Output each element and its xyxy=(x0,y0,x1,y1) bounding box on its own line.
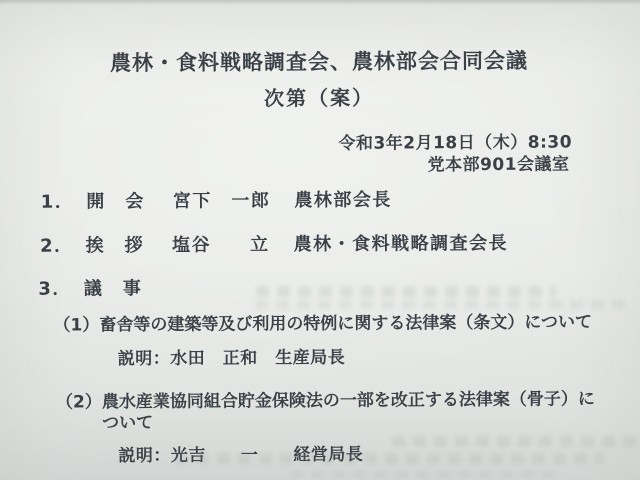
bleed-through-ghost xyxy=(392,436,637,447)
agenda-subitem-2-text: 農水産業協同組合貯金保険法の一部を改正する法律案（骨子）に xyxy=(102,389,595,412)
agenda-item-2-number: 2． xyxy=(40,232,74,258)
agenda-subitem-2-number: （2） xyxy=(56,392,102,412)
agenda-item-2-label: 挨 拶 xyxy=(85,235,144,256)
agenda-item-1: 1．開 会宮下 一郎農林部会長 xyxy=(41,186,392,214)
document-photo: 農林・食料戦略調査会、農林部会合同会議 次第（案） 令和3年2月18日（木）8:… xyxy=(0,0,640,480)
bleed-through-ghost xyxy=(255,300,630,309)
agenda-document: 農林・食料戦略調査会、農林部会合同会議 次第（案） 令和3年2月18日（木）8:… xyxy=(0,0,640,480)
agenda-item-2-speaker: 塩谷 立 xyxy=(172,234,270,256)
document-subtitle: 次第（案） xyxy=(0,80,639,113)
agenda-item-2-role: 農林・食料戦略調査会長 xyxy=(293,233,508,255)
agenda-subitem-1-text: 畜舎等の建築等及び利用の特例に関する法律案（条文）について xyxy=(99,312,592,335)
agenda-item-3: 3．議 事 xyxy=(38,274,142,301)
agenda-item-2: 2．挨 拶塩谷 立農林・食料戦略調査会長 xyxy=(40,229,508,258)
bleed-through-ghost xyxy=(175,453,605,464)
agenda-subitem-1-number: （1） xyxy=(53,315,99,335)
bleed-through-ghost xyxy=(290,470,560,478)
agenda-item-1-speaker: 宮下 一郎 xyxy=(173,190,271,212)
agenda-item-1-label: 開 会 xyxy=(86,191,145,212)
agenda-subitem-1: （1）畜舎等の建築等及び利用の特例に関する法律案（条文）について xyxy=(53,307,592,335)
meeting-venue: 党本部901会議室 xyxy=(427,149,569,175)
agenda-item-1-number: 1． xyxy=(41,188,75,214)
agenda-item-1-role: 農林部会長 xyxy=(294,190,392,212)
agenda-item-3-label: 議 事 xyxy=(84,278,143,299)
document-title: 農林・食料戦略調査会、農林部会合同会議 xyxy=(0,44,639,78)
agenda-subitem-2-text-wrap: ついて xyxy=(102,408,153,433)
bleed-through-ghost xyxy=(256,286,556,297)
agenda-subitem-1-presenter: 説明：水田 正和 生産局長 xyxy=(118,343,346,369)
agenda-item-3-number: 3． xyxy=(38,275,72,301)
